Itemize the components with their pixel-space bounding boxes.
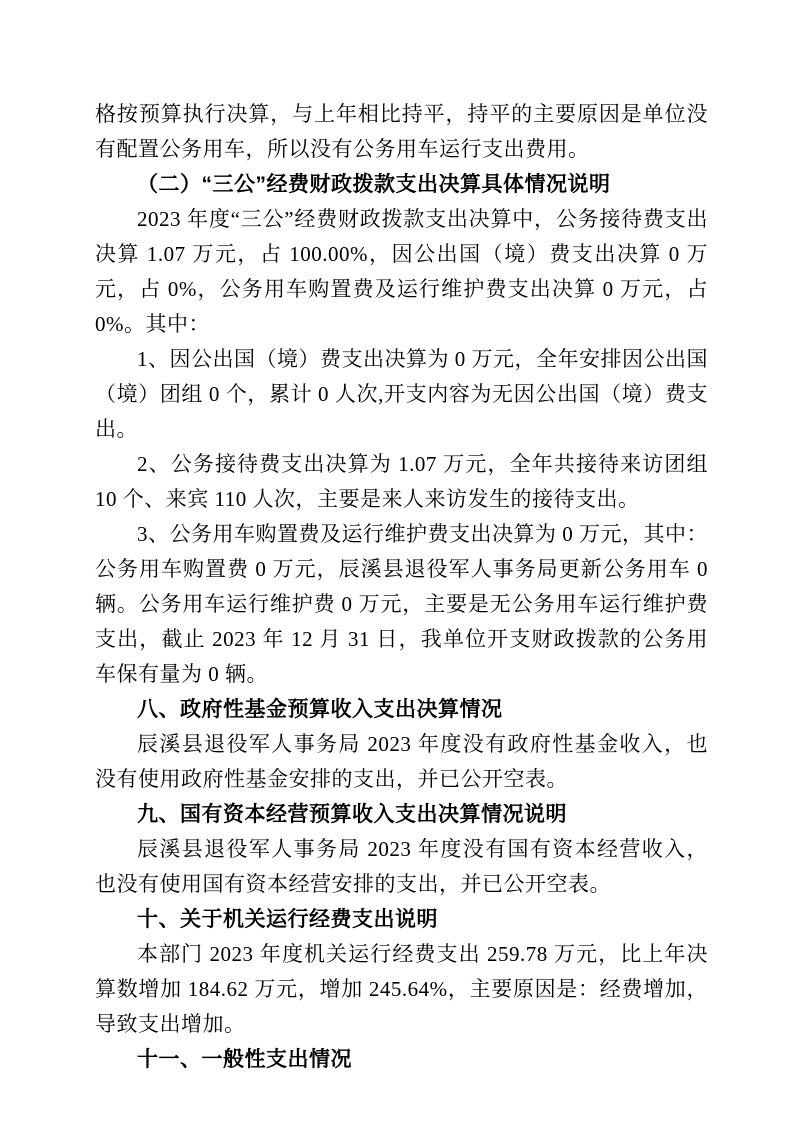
heading-government-fund-budget: 八、政府性基金预算收入支出决算情况 — [95, 692, 708, 727]
paragraph-government-fund-budget: 辰溪县退役军人事务局 2023 年度没有政府性基金收入，也没有使用政府性基金安排… — [95, 727, 708, 797]
paragraph-three-public-funds-overview: 2023 年度“三公”经费财政拨款支出决算中，公务接待费支出决算 1.07 万元… — [95, 202, 708, 342]
heading-general-expenditure: 十一、一般性支出情况 — [95, 1042, 708, 1077]
document-body: 格按预算执行决算，与上年相比持平，持平的主要原因是单位没有配置公务用车，所以没有… — [95, 97, 708, 1077]
paragraph-agency-operating-expense: 本部门 2023 年度机关运行经费支出 259.78 万元，比上年决算数增加 1… — [95, 937, 708, 1042]
heading-state-capital-budget: 九、国有资本经营预算收入支出决算情况说明 — [95, 797, 708, 832]
heading-three-public-funds-detail: （二）“三公”经费财政拨款支出决算具体情况说明 — [95, 167, 708, 202]
paragraph-item3-official-vehicles: 3、公务用车购置费及运行维护费支出决算为 0 万元，其中：公务用车购置费 0 万… — [95, 517, 708, 692]
paragraph-item2-official-reception: 2、公务接待费支出决算为 1.07 万元，全年共接待来访团组 10 个、来宾 1… — [95, 447, 708, 517]
continuation-paragraph: 格按预算执行决算，与上年相比持平，持平的主要原因是单位没有配置公务用车，所以没有… — [95, 97, 708, 167]
paragraph-item1-overseas-travel: 1、因公出国（境）费支出决算为 0 万元，全年安排因公出国（境）团组 0 个，累… — [95, 342, 708, 447]
paragraph-state-capital-budget: 辰溪县退役军人事务局 2023 年度没有国有资本经营收入，也没有使用国有资本经营… — [95, 832, 708, 902]
heading-agency-operating-expense: 十、关于机关运行经费支出说明 — [95, 902, 708, 937]
document-page: 格按预算执行决算，与上年相比持平，持平的主要原因是单位没有配置公务用车，所以没有… — [0, 0, 793, 1122]
